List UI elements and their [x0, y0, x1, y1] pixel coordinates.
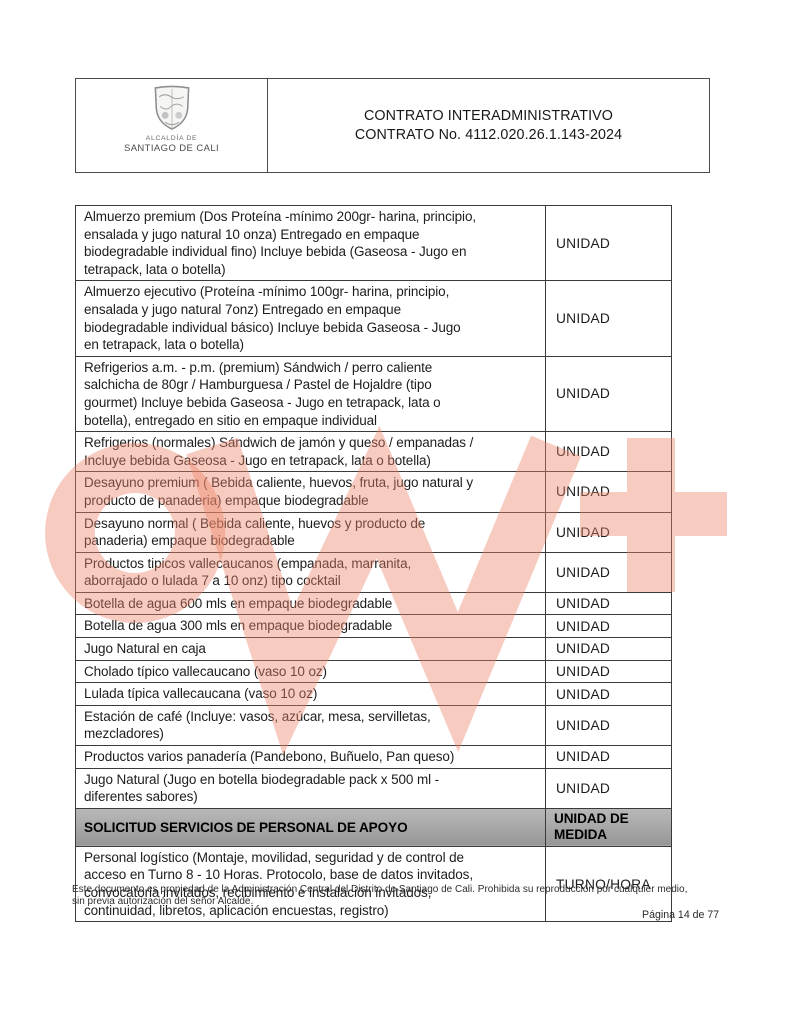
item-description-cell: Almuerzo premium (Dos Proteína -mínimo 2… [76, 206, 546, 281]
item-unit-cell: UNIDAD [546, 638, 672, 661]
item-unit-cell: UNIDAD [546, 552, 672, 592]
table-row: Almuerzo premium (Dos Proteína -mínimo 2… [76, 206, 672, 281]
item-description-cell: Desayuno premium ( Bebida caliente, huev… [76, 472, 546, 512]
item-unit-cell: UNIDAD [546, 512, 672, 552]
item-description-cell: Productos tipicos vallecaucanos (empanad… [76, 552, 546, 592]
item-unit-cell: UNIDAD [546, 432, 672, 472]
items-table: Almuerzo premium (Dos Proteína -mínimo 2… [75, 205, 672, 922]
table-row: Cholado típico vallecaucano (vaso 10 oz)… [76, 660, 672, 683]
logo-caption-small: ALCALDÍA DE [146, 135, 198, 142]
item-description-cell: Almuerzo ejecutivo (Proteína -mínimo 100… [76, 281, 546, 356]
item-unit-cell: UNIDAD [546, 472, 672, 512]
item-unit-cell: UNIDAD [546, 660, 672, 683]
item-unit-cell: UNIDAD [546, 705, 672, 745]
item-description-cell: Jugo Natural (Jugo en botella biodegrada… [76, 768, 546, 808]
footer-line2: sin previa autorización del señor Alcald… [72, 896, 732, 908]
item-unit-cell: UNIDAD [546, 768, 672, 808]
item-unit-cell: UNIDAD [546, 592, 672, 615]
table-row: Productos varios panadería (Pandebono, B… [76, 746, 672, 769]
item-unit-cell: UNIDAD [546, 746, 672, 769]
item-unit-cell: UNIDAD [546, 683, 672, 706]
item-description-cell: Refrigerios a.m. - p.m. (premium) Sándwi… [76, 356, 546, 431]
table-row: Jugo Natural en caja UNIDAD [76, 638, 672, 661]
table-row: Botella de agua 300 mls en empaque biode… [76, 615, 672, 638]
contract-title-line2: CONTRATO No. 4112.020.26.1.143-2024 [355, 126, 622, 145]
table-row: Botella de agua 600 mls en empaque biode… [76, 592, 672, 615]
footer-disclaimer: Este documento es propiedad de la Admini… [72, 884, 732, 907]
item-description-cell: Productos varios panadería (Pandebono, B… [76, 746, 546, 769]
item-unit-cell: UNIDAD [546, 281, 672, 356]
item-description-cell: Lulada típica vallecaucana (vaso 10 oz) [76, 683, 546, 706]
table-row: Estación de café (Incluye: vasos, azúcar… [76, 705, 672, 745]
scanned-contract-page: ALCALDÍA DE SANTIAGO DE CALI CONTRATO IN… [0, 0, 791, 1024]
footer-line1: Este documento es propiedad de la Admini… [72, 884, 732, 896]
item-unit-cell: UNIDAD [546, 356, 672, 431]
section-header-row: SOLICITUD SERVICIOS DE PERSONAL DE APOYO… [76, 808, 672, 846]
item-description-cell: Botella de agua 300 mls en empaque biode… [76, 615, 546, 638]
header-logo-cell: ALCALDÍA DE SANTIAGO DE CALI [76, 79, 268, 172]
table-row: Refrigerios a.m. - p.m. (premium) Sándwi… [76, 356, 672, 431]
item-description-cell: Botella de agua 600 mls en empaque biode… [76, 592, 546, 615]
page-number: Página 14 de 77 [642, 909, 719, 921]
cali-coat-of-arms-icon [151, 85, 193, 132]
table-row: Productos tipicos vallecaucanos (empanad… [76, 552, 672, 592]
contract-title-line1: CONTRATO INTERADMINISTRATIVO [364, 107, 613, 126]
item-description-cell: Desayuno normal ( Bebida caliente, huevo… [76, 512, 546, 552]
item-description-cell: Jugo Natural en caja [76, 638, 546, 661]
table-row: Desayuno normal ( Bebida caliente, huevo… [76, 512, 672, 552]
table-row: Almuerzo ejecutivo (Proteína -mínimo 100… [76, 281, 672, 356]
item-unit-cell: UNIDAD [546, 615, 672, 638]
table-row: Desayuno premium ( Bebida caliente, huev… [76, 472, 672, 512]
header-title-cell: CONTRATO INTERADMINISTRATIVO CONTRATO No… [268, 79, 709, 172]
item-description-cell: Cholado típico vallecaucano (vaso 10 oz) [76, 660, 546, 683]
table-row: Lulada típica vallecaucana (vaso 10 oz) … [76, 683, 672, 706]
item-description-cell: Estación de café (Incluye: vasos, azúcar… [76, 705, 546, 745]
logo-caption-large: SANTIAGO DE CALI [124, 143, 219, 154]
table-row: Jugo Natural (Jugo en botella biodegrada… [76, 768, 672, 808]
section-title: SOLICITUD SERVICIOS DE PERSONAL DE APOYO [76, 808, 546, 846]
section-unit-label: UNIDAD DE MEDIDA [546, 808, 672, 846]
table-row: Refrigerios (normales) Sándwich de jamón… [76, 432, 672, 472]
document-header: ALCALDÍA DE SANTIAGO DE CALI CONTRATO IN… [75, 78, 710, 173]
item-unit-cell: UNIDAD [546, 206, 672, 281]
item-description-cell: Refrigerios (normales) Sándwich de jamón… [76, 432, 546, 472]
